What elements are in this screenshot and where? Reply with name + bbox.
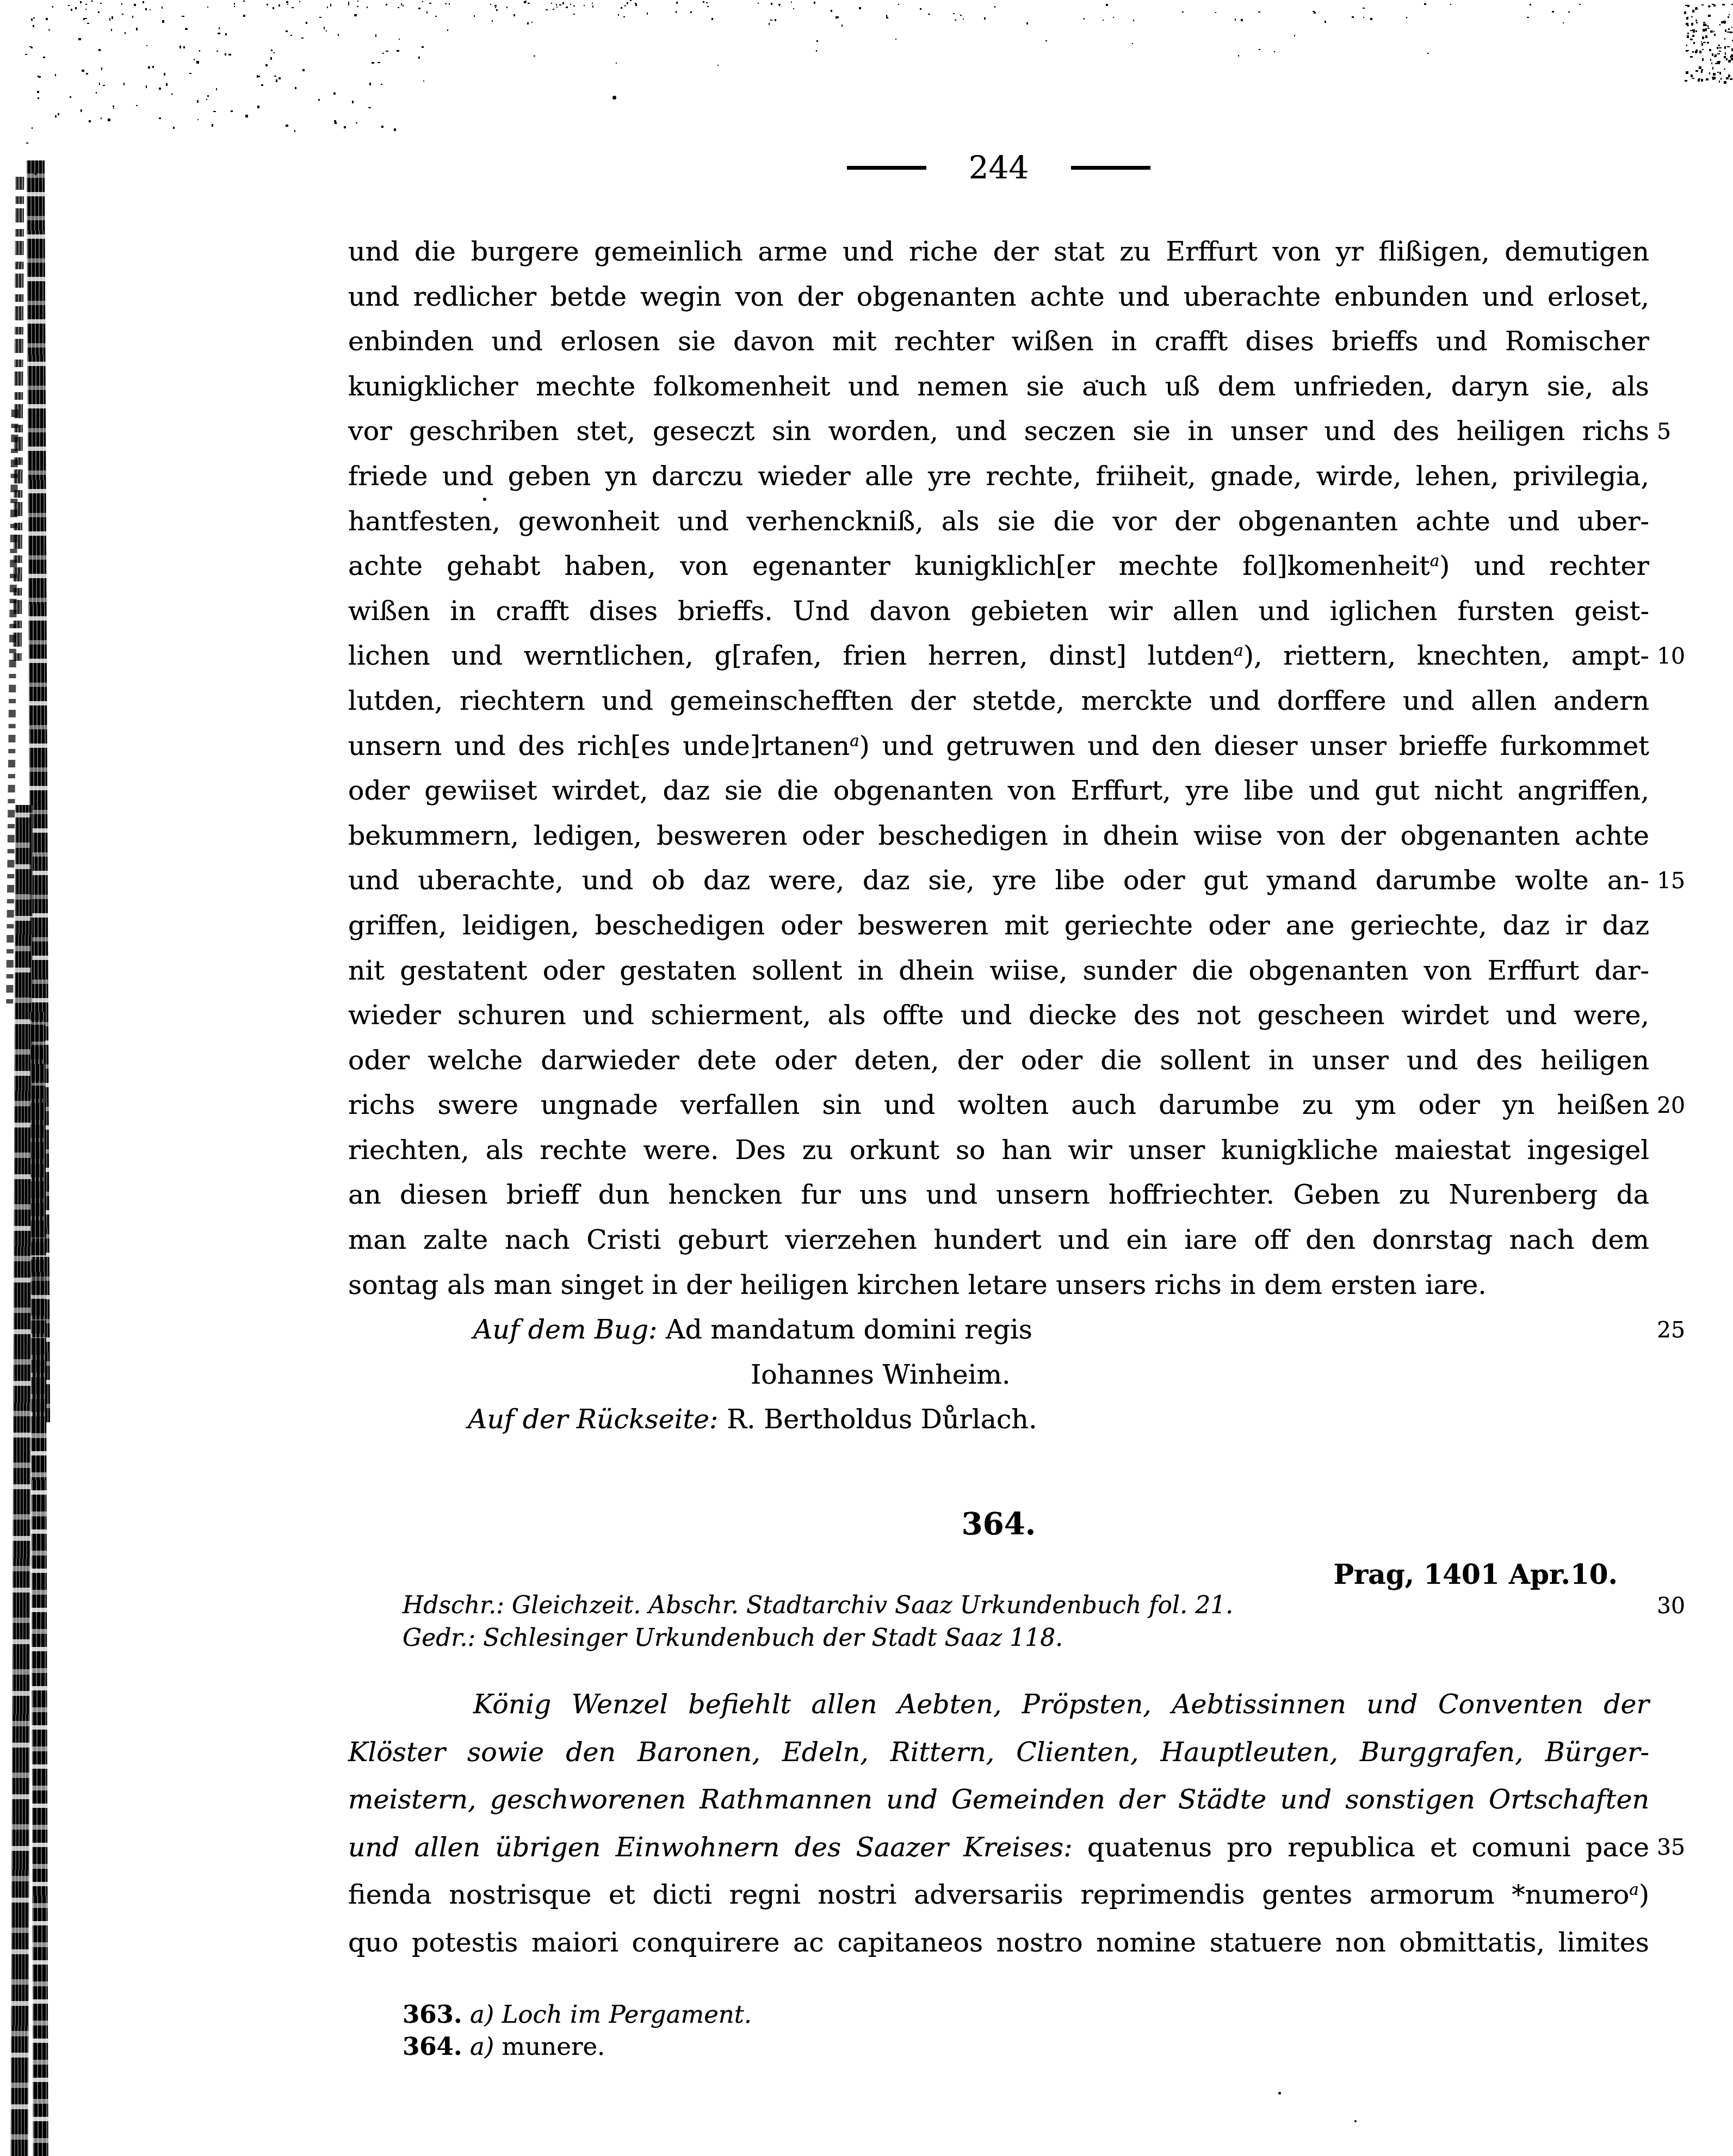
scan-artifact-ink-dot — [1712, 53, 1713, 56]
scan-artifact-ink-dot — [29, 46, 32, 47]
scan-artifact-ink-dot — [1725, 29, 1726, 32]
scan-artifact-ink-dot — [1709, 72, 1710, 75]
scan-artifact-ink-dot — [627, 2, 628, 4]
scan-artifact-ink-dot — [265, 64, 268, 66]
scan-artifact-ink-dot — [327, 7, 328, 8]
text-line: wieder schuren und schierment, als offte… — [348, 993, 1649, 1038]
text-segment: Gedr.: Schlesinger Urkundenbuch der Stad… — [403, 1624, 1063, 1652]
text-line: vor geschriben stet, geseczt sin worden,… — [348, 409, 1649, 454]
scan-artifact-ink-dot — [35, 173, 36, 175]
text-line: achte gehabt haben, von egenanter kunigk… — [348, 544, 1649, 589]
scan-artifact-ink-dot — [330, 4, 331, 7]
scan-artifact-binding-streak — [27, 160, 50, 1422]
text-segment: richs swere ungnade verfallen sin und wo… — [348, 1089, 1649, 1120]
scan-artifact-ink-dot — [1686, 50, 1688, 52]
scan-artifact-ink-dot — [1712, 4, 1714, 5]
scan-artifact-ink-dot — [273, 7, 274, 9]
source-line: Hdschr.: Gleichzeit. Abschr. Stadtarchiv… — [348, 1589, 1649, 1622]
scan-artifact-ink-dot — [1717, 72, 1719, 73]
scan-artifact-ink-dot — [1370, 18, 1372, 20]
scan-artifact-ink-dot — [1724, 81, 1726, 84]
margin-line-number: 10 — [1657, 634, 1685, 679]
scan-artifact-ink-dot — [31, 47, 33, 48]
scan-artifact-ink-dot — [592, 5, 593, 8]
scan-artifact-ink-dot — [123, 83, 125, 85]
scan-artifact-ink-dot — [553, 9, 554, 10]
text-segment: achte gehabt haben, von egenanter kunigk… — [348, 550, 1430, 581]
scan-artifact-ink-dot — [1695, 30, 1697, 32]
scan-artifact-ink-dot — [113, 106, 114, 107]
margin-line-number: 30 — [1657, 1589, 1685, 1622]
scan-artifact-ink-dot — [429, 3, 431, 4]
scan-artifact-ink-dot — [1714, 56, 1716, 57]
scan-artifact-ink-dot — [348, 3, 349, 5]
scan-artifact-ink-dot — [326, 30, 327, 32]
scan-artifact-ink-dot — [1693, 42, 1695, 44]
text-segment: 363. — [403, 2000, 462, 2029]
text-segment: ) und rechter — [1439, 550, 1649, 581]
text-segment: unsern und des rich[es unde]rtanen — [348, 730, 850, 761]
scan-artifact-ink-dot — [1716, 54, 1717, 57]
scan-artifact-ink-dot — [837, 16, 839, 18]
scan-artifact-ink-dot — [1723, 21, 1724, 23]
scan-artifact-ink-dot — [1711, 63, 1712, 64]
scan-artifact-ink-dot — [703, 1, 704, 3]
scan-artifact-ink-dot — [121, 3, 122, 5]
scan-artifact-ink-dot — [134, 4, 136, 6]
scan-artifact-ink-dot — [185, 28, 188, 30]
scan-artifact-ink-dot — [1717, 53, 1720, 54]
text-segment: vor geschriben stet, geseczt sin worden,… — [348, 416, 1649, 447]
scan-artifact-ink-dot — [162, 7, 163, 9]
scan-artifact-ink-dot — [333, 92, 336, 95]
text-segment: Ad mandatum domini regis — [658, 1314, 1032, 1345]
scan-artifact-ink-dot — [570, 4, 571, 5]
summary-line: und allen übrigen Einwohnern des Saazer … — [348, 1824, 1649, 1872]
scan-artifact-ink-dot — [928, 14, 930, 15]
scan-artifact-ink-dot — [447, 29, 448, 31]
text-segment: Iohannes Winheim. — [751, 1359, 1010, 1390]
scan-artifact-ink-dot — [231, 110, 233, 112]
scan-artifact-ink-dot — [164, 73, 165, 76]
scan-artifact-ink-dot — [1731, 27, 1732, 28]
scan-artifact-ink-dot — [55, 74, 56, 76]
document-364-summary: König Wenzel befiehlt allen Aebten, Pröp… — [348, 1681, 1649, 1966]
scan-artifact-ink-dot — [185, 28, 187, 29]
margin-line-number: 15 — [1657, 858, 1685, 903]
scan-artifact-ink-dot — [435, 16, 437, 17]
scan-artifact-ink-dot — [335, 122, 337, 124]
text-segment: sontag als man singet in der heiligen ki… — [348, 1269, 1487, 1300]
scan-artifact-ink-dot — [1712, 78, 1714, 80]
source-references: Hdschr.: Gleichzeit. Abschr. Stadtarchiv… — [348, 1589, 1649, 1655]
summary-line: quo potestis maiori conquirere ac capita… — [348, 1919, 1649, 1967]
text-segment: a) Loch im Pergament. — [462, 2000, 752, 2029]
scan-artifact-ink-dot — [1238, 55, 1239, 57]
scan-artifact-ink-dot — [1352, 16, 1354, 18]
scan-artifact-binding-streak — [11, 805, 33, 2156]
scan-artifact-ink-dot — [98, 11, 100, 13]
scan-artifact-ink-dot — [1354, 2120, 1357, 2122]
scan-artifact-ink-dot — [793, 8, 794, 9]
scan-artifact-ink-dot — [1721, 21, 1723, 23]
text-line: hantfesten, gewonheit und verhenckniß, a… — [348, 499, 1649, 544]
margin-line-number: 20 — [1657, 1083, 1685, 1128]
text-segment: bekummern, ledigen, besweren oder besche… — [348, 820, 1649, 851]
scan-artifact-ink-dot — [1712, 77, 1713, 78]
scan-artifact-ink-dot — [495, 7, 496, 8]
scan-artifact-ink-dot — [1215, 12, 1216, 13]
scan-artifact-ink-dot — [382, 53, 384, 54]
scan-artifact-ink-dot — [357, 1, 358, 2]
scan-artifact-ink-dot — [1314, 12, 1316, 14]
scan-artifact-ink-dot — [1690, 30, 1693, 31]
scan-artifact-ink-dot — [1713, 31, 1715, 32]
text-segment: griffen, leidigen, beschedigen oder besw… — [348, 910, 1649, 941]
scan-artifact-ink-dot — [630, 0, 632, 1]
scan-artifact-ink-dot — [302, 69, 305, 71]
text-segment: a — [1629, 1880, 1639, 1899]
scan-artifact-ink-dot — [769, 23, 770, 25]
text-segment: munere. — [502, 2032, 605, 2061]
scan-artifact-ink-dot — [286, 125, 288, 127]
scan-artifact-ink-dot — [1278, 2092, 1281, 2095]
scan-artifact-ink-dot — [1692, 10, 1694, 13]
scan-artifact-ink-dot — [1692, 78, 1694, 79]
scan-artifact-ink-dot — [290, 35, 292, 36]
scan-artifact-ink-dot — [592, 3, 593, 4]
scan-artifact-ink-dot — [1530, 4, 1531, 5]
scan-artifact-ink-dot — [422, 1, 423, 2]
text-line: oder welche darwieder dete oder deten, d… — [348, 1038, 1649, 1083]
scan-artifact-ink-dot — [513, 14, 515, 16]
scan-artifact-ink-dot — [225, 33, 227, 35]
scan-artifact-ink-dot — [39, 76, 41, 78]
scan-artifact-ink-dot — [1106, 4, 1108, 6]
scan-artifact-ink-dot — [1690, 39, 1693, 40]
scan-artifact-ink-dot — [1707, 28, 1710, 29]
scan-artifact-ink-dot — [1695, 51, 1697, 53]
scan-artifact-ink-dot — [1720, 78, 1722, 80]
text-line: riechten, als rechte were. Des zu orkunt… — [348, 1128, 1649, 1173]
scan-artifact-ink-dot — [287, 4, 288, 5]
scan-artifact-ink-dot — [816, 50, 817, 52]
scan-artifact-ink-dot — [348, 2, 349, 4]
scan-artifact-ink-dot — [1313, 11, 1315, 12]
scan-artifact-ink-dot — [528, 3, 530, 4]
text-line: an diesen brieff dun hencken fur uns und… — [348, 1173, 1649, 1218]
scan-artifact-ink-dot — [1727, 46, 1730, 47]
scan-artifact-ink-dot — [624, 5, 626, 7]
scan-artifact-ink-dot — [816, 40, 818, 42]
scan-artifact-ink-dot — [180, 46, 181, 48]
text-line: Auf der Rückseite: R. Bertholdus Důrlach… — [348, 1397, 1649, 1442]
scan-artifact-ink-dot — [559, 4, 561, 5]
text-segment: lichen und werntlichen, g[rafen, frien h… — [348, 640, 1234, 671]
summary-line: König Wenzel befiehlt allen Aebten, Pröp… — [348, 1681, 1649, 1728]
scan-artifact-ink-dot — [1710, 59, 1711, 61]
scan-artifact-ink-dot — [898, 4, 899, 5]
text-segment: ), riettern, knechten, ampt- — [1243, 640, 1649, 671]
scan-artifact-ink-dot — [274, 76, 276, 77]
scan-artifact-ink-dot — [1709, 5, 1710, 8]
scan-artifact-ink-dot — [1730, 57, 1731, 58]
scan-artifact-ink-dot — [199, 50, 200, 52]
scan-artifact-ink-dot — [108, 119, 110, 121]
text-line: Iohannes Winheim. — [348, 1353, 1649, 1398]
scan-artifact-ink-dot — [1708, 6, 1711, 7]
scan-artifact-ink-dot — [398, 7, 399, 8]
scan-artifact-ink-dot — [612, 96, 616, 100]
scan-artifact-ink-dot — [778, 4, 781, 5]
scan-artifact-ink-dot — [1718, 45, 1720, 46]
scan-artifact-ink-dot — [403, 5, 404, 7]
scan-artifact-ink-dot — [109, 18, 110, 21]
text-line: bekummern, ledigen, besweren oder besche… — [348, 814, 1649, 859]
text-segment: nit gestatent oder gestaten sollent in d… — [348, 955, 1649, 986]
scan-artifact-ink-dot — [1708, 15, 1711, 17]
text-segment: a — [1430, 552, 1440, 570]
scan-artifact-ink-dot — [1702, 49, 1704, 50]
scan-artifact-ink-dot — [87, 23, 89, 24]
scan-artifact-ink-dot — [1696, 49, 1698, 52]
scan-artifact-ink-dot — [1728, 75, 1730, 77]
scan-artifact-ink-dot — [1695, 7, 1697, 10]
scan-artifact-ink-dot — [189, 73, 191, 74]
scan-artifact-ink-dot — [584, 5, 585, 6]
scan-artifact-ink-dot — [1450, 4, 1451, 5]
text-segment: riechten, als rechte were. Des zu orkunt… — [348, 1135, 1649, 1166]
text-segment: friede und geben yn darczu wieder alle y… — [348, 461, 1649, 492]
scan-artifact-ink-dot — [43, 57, 45, 58]
scan-artifact-ink-dot — [301, 38, 304, 39]
scan-artifact-ink-dot — [1724, 46, 1726, 49]
text-line: friede und geben yn darczu wieder alle y… — [348, 454, 1649, 499]
scan-artifact-ink-dot — [89, 120, 91, 122]
scan-artifact-ink-dot — [690, 11, 692, 13]
scan-artifact-ink-dot — [1722, 21, 1724, 22]
scan-artifact-ink-dot — [1568, 11, 1570, 13]
text-segment: a — [850, 731, 859, 749]
text-segment: oder welche darwieder dete oder deten, d… — [348, 1045, 1649, 1076]
scan-artifact-ink-dot — [1695, 8, 1698, 10]
scan-artifact-ink-dot — [111, 29, 112, 31]
text-segment: oder gewiiset wirdet, daz sie die obgena… — [348, 775, 1649, 806]
scan-artifact-ink-dot — [562, 2, 564, 4]
scan-artifact-ink-dot — [270, 57, 272, 60]
scan-artifact-ink-dot — [635, 3, 636, 4]
scan-artifact-ink-dot — [506, 7, 507, 8]
scan-artifact-ink-dot — [1686, 45, 1687, 46]
scan-artifact-ink-dot — [1719, 80, 1720, 83]
scan-artifact-ink-dot — [375, 34, 376, 37]
scan-artifact-ink-dot — [357, 6, 358, 7]
scan-artifact-ink-dot — [58, 113, 59, 115]
scan-artifact-ink-dot — [267, 4, 268, 5]
scan-artifact-ink-dot — [953, 13, 955, 14]
summary-line: meistern, geschworenen Rathmannen und Ge… — [348, 1776, 1649, 1824]
summary-line: fienda nostrisque et dicti regni nostri … — [348, 1871, 1649, 1919]
scan-artifact-ink-dot — [1363, 17, 1364, 18]
scan-artifact-ink-dot — [70, 96, 71, 98]
scan-artifact-ink-dot — [1719, 72, 1721, 75]
text-segment: und allen übrigen Einwohnern des Saazer … — [348, 1832, 1073, 1863]
scan-artifact-ink-dot — [963, 18, 964, 20]
scan-artifact-ink-dot — [1731, 54, 1733, 57]
scan-artifact-ink-dot — [531, 22, 533, 23]
scan-artifact-ink-dot — [895, 39, 896, 40]
scan-artifact-ink-dot — [344, 126, 346, 128]
scan-artifact-ink-dot — [1698, 79, 1700, 82]
scan-artifact-ink-dot — [707, 6, 709, 7]
text-segment: wißen in crafft dises brieffs. Und davon… — [348, 596, 1649, 627]
scan-artifact-ink-dot — [1726, 77, 1729, 79]
scan-artifact-ink-dot — [474, 15, 475, 17]
scan-artifact-ink-dot — [1363, 8, 1365, 9]
scan-artifact-ink-dot — [1692, 35, 1694, 37]
scan-artifact-ink-dot — [770, 20, 772, 21]
scan-artifact-ink-dot — [146, 45, 147, 46]
scan-artifact-ink-dot — [136, 28, 138, 30]
scan-artifact-ink-dot — [82, 70, 84, 72]
scan-artifact-ink-dot — [1706, 78, 1709, 80]
scan-artifact-ink-dot — [1259, 49, 1260, 50]
scan-artifact-ink-dot — [1684, 11, 1686, 14]
scan-artifact-ink-dot — [103, 85, 105, 86]
scan-artifact-ink-dot — [556, 4, 557, 5]
scan-artifact-ink-dot — [1701, 43, 1703, 46]
text-segment: Auf dem Bug: — [473, 1314, 658, 1345]
scan-artifact-ink-dot — [81, 110, 82, 111]
text-line: oder gewiiset wirdet, daz sie die obgena… — [348, 769, 1649, 814]
scan-artifact-ink-dot — [173, 127, 175, 129]
scan-artifact-ink-dot — [1274, 51, 1275, 52]
scan-artifact-ink-dot — [1707, 42, 1709, 44]
scan-artifact-ink-dot — [1724, 56, 1726, 58]
scan-artifact-ink-dot — [1725, 52, 1726, 55]
scan-artifact-ink-dot — [196, 61, 199, 64]
scan-artifact-ink-dot — [286, 30, 288, 32]
scan-artifact-ink-dot — [98, 49, 101, 51]
scan-artifact-ink-dot — [1724, 38, 1725, 40]
scan-artifact-ink-dot — [286, 1, 288, 3]
scan-artifact-ink-dot — [1699, 51, 1701, 53]
scan-artifact-ink-dot — [146, 85, 147, 88]
scan-artifact-ink-dot — [525, 1, 527, 2]
text-line: man zalte nach Cristi geburt vierzehen h… — [348, 1218, 1649, 1263]
scan-artifact-ink-dot — [1696, 22, 1698, 23]
text-segment: kunigklicher mechte folkomenheit und nem… — [348, 371, 1649, 402]
scan-artifact-ink-dot — [78, 38, 81, 40]
dateline-text: Prag, 1401 Apr.10. — [1333, 1559, 1649, 1590]
scan-artifact-ink-dot — [1713, 4, 1716, 7]
scan-artifact-ink-dot — [354, 14, 357, 16]
scan-artifact-ink-dot — [257, 106, 259, 108]
scan-artifact-ink-dot — [278, 77, 281, 79]
text-line: wißen in crafft dises brieffs. Und davon… — [348, 589, 1649, 634]
scan-artifact-ink-dot — [779, 4, 780, 6]
scan-artifact-ink-dot — [496, 9, 498, 11]
scan-artifact-ink-dot — [171, 94, 173, 95]
scan-artifact-ink-dot — [984, 17, 986, 20]
scan-artifact-ink-dot — [113, 108, 114, 109]
scan-artifact-ink-dot — [1701, 70, 1703, 73]
scan-artifact-ink-dot — [212, 124, 213, 127]
scan-artifact-ink-dot — [1406, 17, 1407, 18]
scan-artifact-ink-dot — [955, 20, 956, 21]
scan-artifact-ink-dot — [401, 3, 402, 5]
text-line: Auf dem Bug: Ad mandatum domini regis25 — [348, 1308, 1649, 1353]
scan-artifact-ink-dot — [368, 107, 371, 108]
scan-artifact-ink-dot — [1713, 73, 1716, 76]
scan-artifact-ink-dot — [101, 117, 102, 119]
scan-artifact-ink-dot — [271, 49, 273, 51]
text-line: lichen und werntlichen, g[rafen, frien h… — [348, 634, 1649, 679]
margin-line-number: 35 — [1657, 1824, 1685, 1872]
page-number-dash — [847, 166, 926, 170]
scan-artifact-ink-dot — [258, 76, 260, 77]
scan-artifact-ink-dot — [394, 128, 396, 131]
scan-artifact-ink-dot — [219, 27, 220, 29]
scan-artifact-ink-dot — [306, 22, 307, 24]
scan-artifact-ink-dot — [1730, 78, 1732, 80]
page-header: 244 — [348, 150, 1649, 185]
scan-artifact-ink-dot — [1724, 21, 1726, 23]
scan-artifact-ink-dot — [1714, 34, 1716, 36]
scan-artifact-ink-dot — [216, 51, 218, 52]
scan-artifact-ink-dot — [1579, 4, 1581, 5]
scan-artifact-ink-dot — [616, 63, 617, 64]
scan-artifact-ink-dot — [551, 3, 552, 4]
scan-artifact-ink-dot — [1691, 75, 1693, 77]
scan-artifact-ink-dot — [37, 91, 39, 93]
text-segment: hantfesten, gewonheit und verhenckniß, a… — [348, 506, 1649, 537]
scan-artifact-ink-dot — [1722, 4, 1725, 5]
scan-artifact-ink-dot — [85, 9, 86, 10]
scan-artifact-ink-dot — [1691, 16, 1693, 17]
scan-artifact-ink-dot — [1686, 17, 1688, 20]
scan-artifact-ink-dot — [381, 84, 382, 85]
scan-artifact-ink-dot — [150, 9, 151, 10]
scan-artifact-ink-dot — [1717, 61, 1720, 64]
scan-artifact-ink-dot — [1703, 23, 1706, 26]
scan-artifact-ink-dot — [490, 4, 491, 5]
scan-artifact-ink-dot — [859, 7, 861, 9]
scan-artifact-ink-dot — [1424, 3, 1426, 5]
scan-artifact-ink-dot — [276, 79, 277, 82]
scan-artifact-ink-dot — [1699, 66, 1701, 69]
scan-artifact-binding-streak — [6, 405, 18, 1003]
scan-artifact-ink-dot — [1182, 11, 1184, 13]
text-segment: fienda nostrisque et dicti regni nostri … — [348, 1879, 1629, 1910]
dateline: Prag, 1401 Apr.10. — [348, 1559, 1649, 1590]
scan-artifact-ink-dot — [1712, 67, 1713, 70]
scan-artifact-ink-dot — [1731, 58, 1733, 60]
scan-artifact-ink-dot — [99, 83, 100, 85]
scan-artifact-ink-dot — [26, 143, 28, 144]
scan-artifact-ink-dot — [318, 99, 320, 101]
scan-artifact-ink-dot — [324, 27, 325, 29]
scan-artifact-ink-dot — [1693, 30, 1695, 33]
scan-artifact-ink-dot — [31, 18, 33, 21]
scan-artifact-ink-dot — [48, 29, 50, 30]
document-number-heading: 364. — [348, 1507, 1649, 1541]
scan-artifact-ink-dot — [1103, 20, 1104, 21]
scan-artifact-ink-dot — [75, 7, 77, 9]
scan-artifact-ink-dot — [143, 1, 144, 3]
scan-artifact-ink-dot — [1710, 30, 1713, 33]
scan-artifact-ink-dot — [1711, 32, 1713, 33]
